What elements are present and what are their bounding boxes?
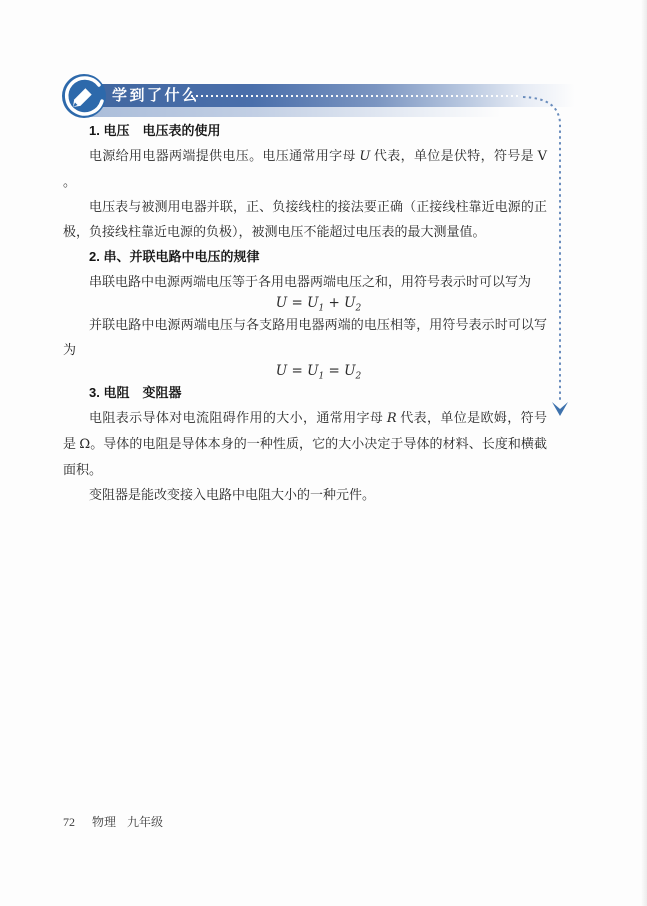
formula-parallel-voltage: U = U1 = U2 [63,362,547,380]
heading-circuit-voltage-rules: 2. 串、并联电路中电压的规律 [63,244,547,269]
pencil-icon [61,73,107,119]
heading-resistance: 3. 电阻 变阻器 [63,380,547,405]
page-edge-shadow [641,0,647,906]
section-banner-shadow [78,107,523,117]
paragraph-rheostat: 变阻器是能改变接入电路中电阻大小的一种元件。 [63,482,547,507]
textbook-page: 学到了什么 1. 电压 电压表的使用 电源给用电器两端提供电压。电压通常用字母 … [0,0,647,906]
paragraph-resistance-intro: 电阻表示导体对电流阻碍作用的大小，通常用字母 R 代表，单位是欧姆，符号是 Ω。… [63,405,547,482]
unit-V: V [538,149,547,164]
summary-content: 1. 电压 电压表的使用 电源给用电器两端提供电压。电压通常用字母 U 代表，单… [63,118,547,507]
heading-voltage: 1. 电压 电压表的使用 [63,118,547,143]
paragraph-series-voltage: 串联电路中电源两端电压等于各用电器两端电压之和，用符号表示时可以写为 [63,269,547,294]
section-title: 学到了什么 [112,84,200,107]
banner-dotted-rule [191,95,519,97]
page-footer: 72物理九年级 [63,813,163,830]
unit-ohm: Ω [79,437,90,452]
paragraph-voltmeter-usage: 电压表与被测用电器并联，正、负接线柱的接法要正确（正接线柱靠近电源的正极，负接线… [63,194,547,244]
page-number: 72 [63,815,75,829]
paragraph-voltage-intro: 电源给用电器两端提供电压。电压通常用字母 U 代表，单位是伏特，符号是 V 。 [63,143,547,194]
paragraph-parallel-voltage: 并联电路中电源两端电压与各支路用电器两端的电压相等，用符号表示时可以写为 [63,312,547,362]
footer-grade: 九年级 [127,815,163,829]
footer-subject: 物理 [92,815,116,829]
arrow-down-icon [552,402,568,416]
symbol-U: U [359,149,370,164]
formula-series-voltage: U = U1 + U2 [63,294,547,312]
symbol-R: R [387,411,397,426]
